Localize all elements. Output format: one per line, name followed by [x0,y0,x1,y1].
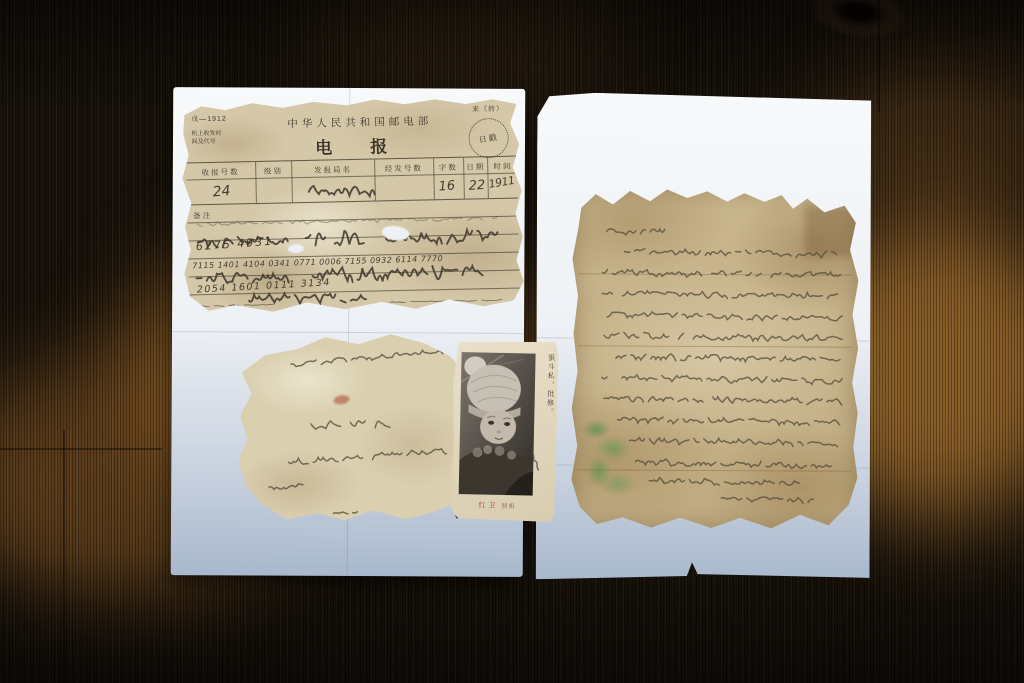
studio-type: 照相 [501,504,515,510]
baby-photo-card: 狠斗私，批修。 红卫 照相 [450,340,559,522]
handwritten-letter [571,187,859,528]
date-stamp-label: 日戳 [478,131,500,145]
column-header: 级别 [256,161,293,203]
handwriting-small-mark [267,482,307,495]
value-word-count: 16 [438,178,456,194]
value-date: 22 [468,178,485,194]
baby-photo [459,352,536,496]
route-note: 来（转） [472,104,504,115]
studio-name: 红卫 [478,500,497,509]
handwriting-address-line [289,353,449,376]
torn-address-note [236,331,473,524]
baby-portrait-illustration [459,352,536,496]
scene-photo-of-documents-on-table: 戊—1912 机上收发时 间及代号 中华人民共和国邮电部 电报 来（转） 日戳 … [0,0,1024,683]
photo-studio-stamp: 红卫 照相 [478,499,515,511]
letter-handwriting [571,187,859,528]
red-ink-mark [333,394,350,405]
plank-seam [0,448,162,450]
handwritten-office-name [304,178,384,204]
value-receive-no: 24 [212,183,231,201]
telegram-form: 戊—1912 机上收发时 间及代号 中华人民共和国邮电部 电报 来（转） 日戳 … [181,95,524,313]
handwriting-date-line [286,451,452,474]
handwriting-name [304,414,396,438]
printed-slogan: 狠斗私，批修。 [544,354,555,417]
